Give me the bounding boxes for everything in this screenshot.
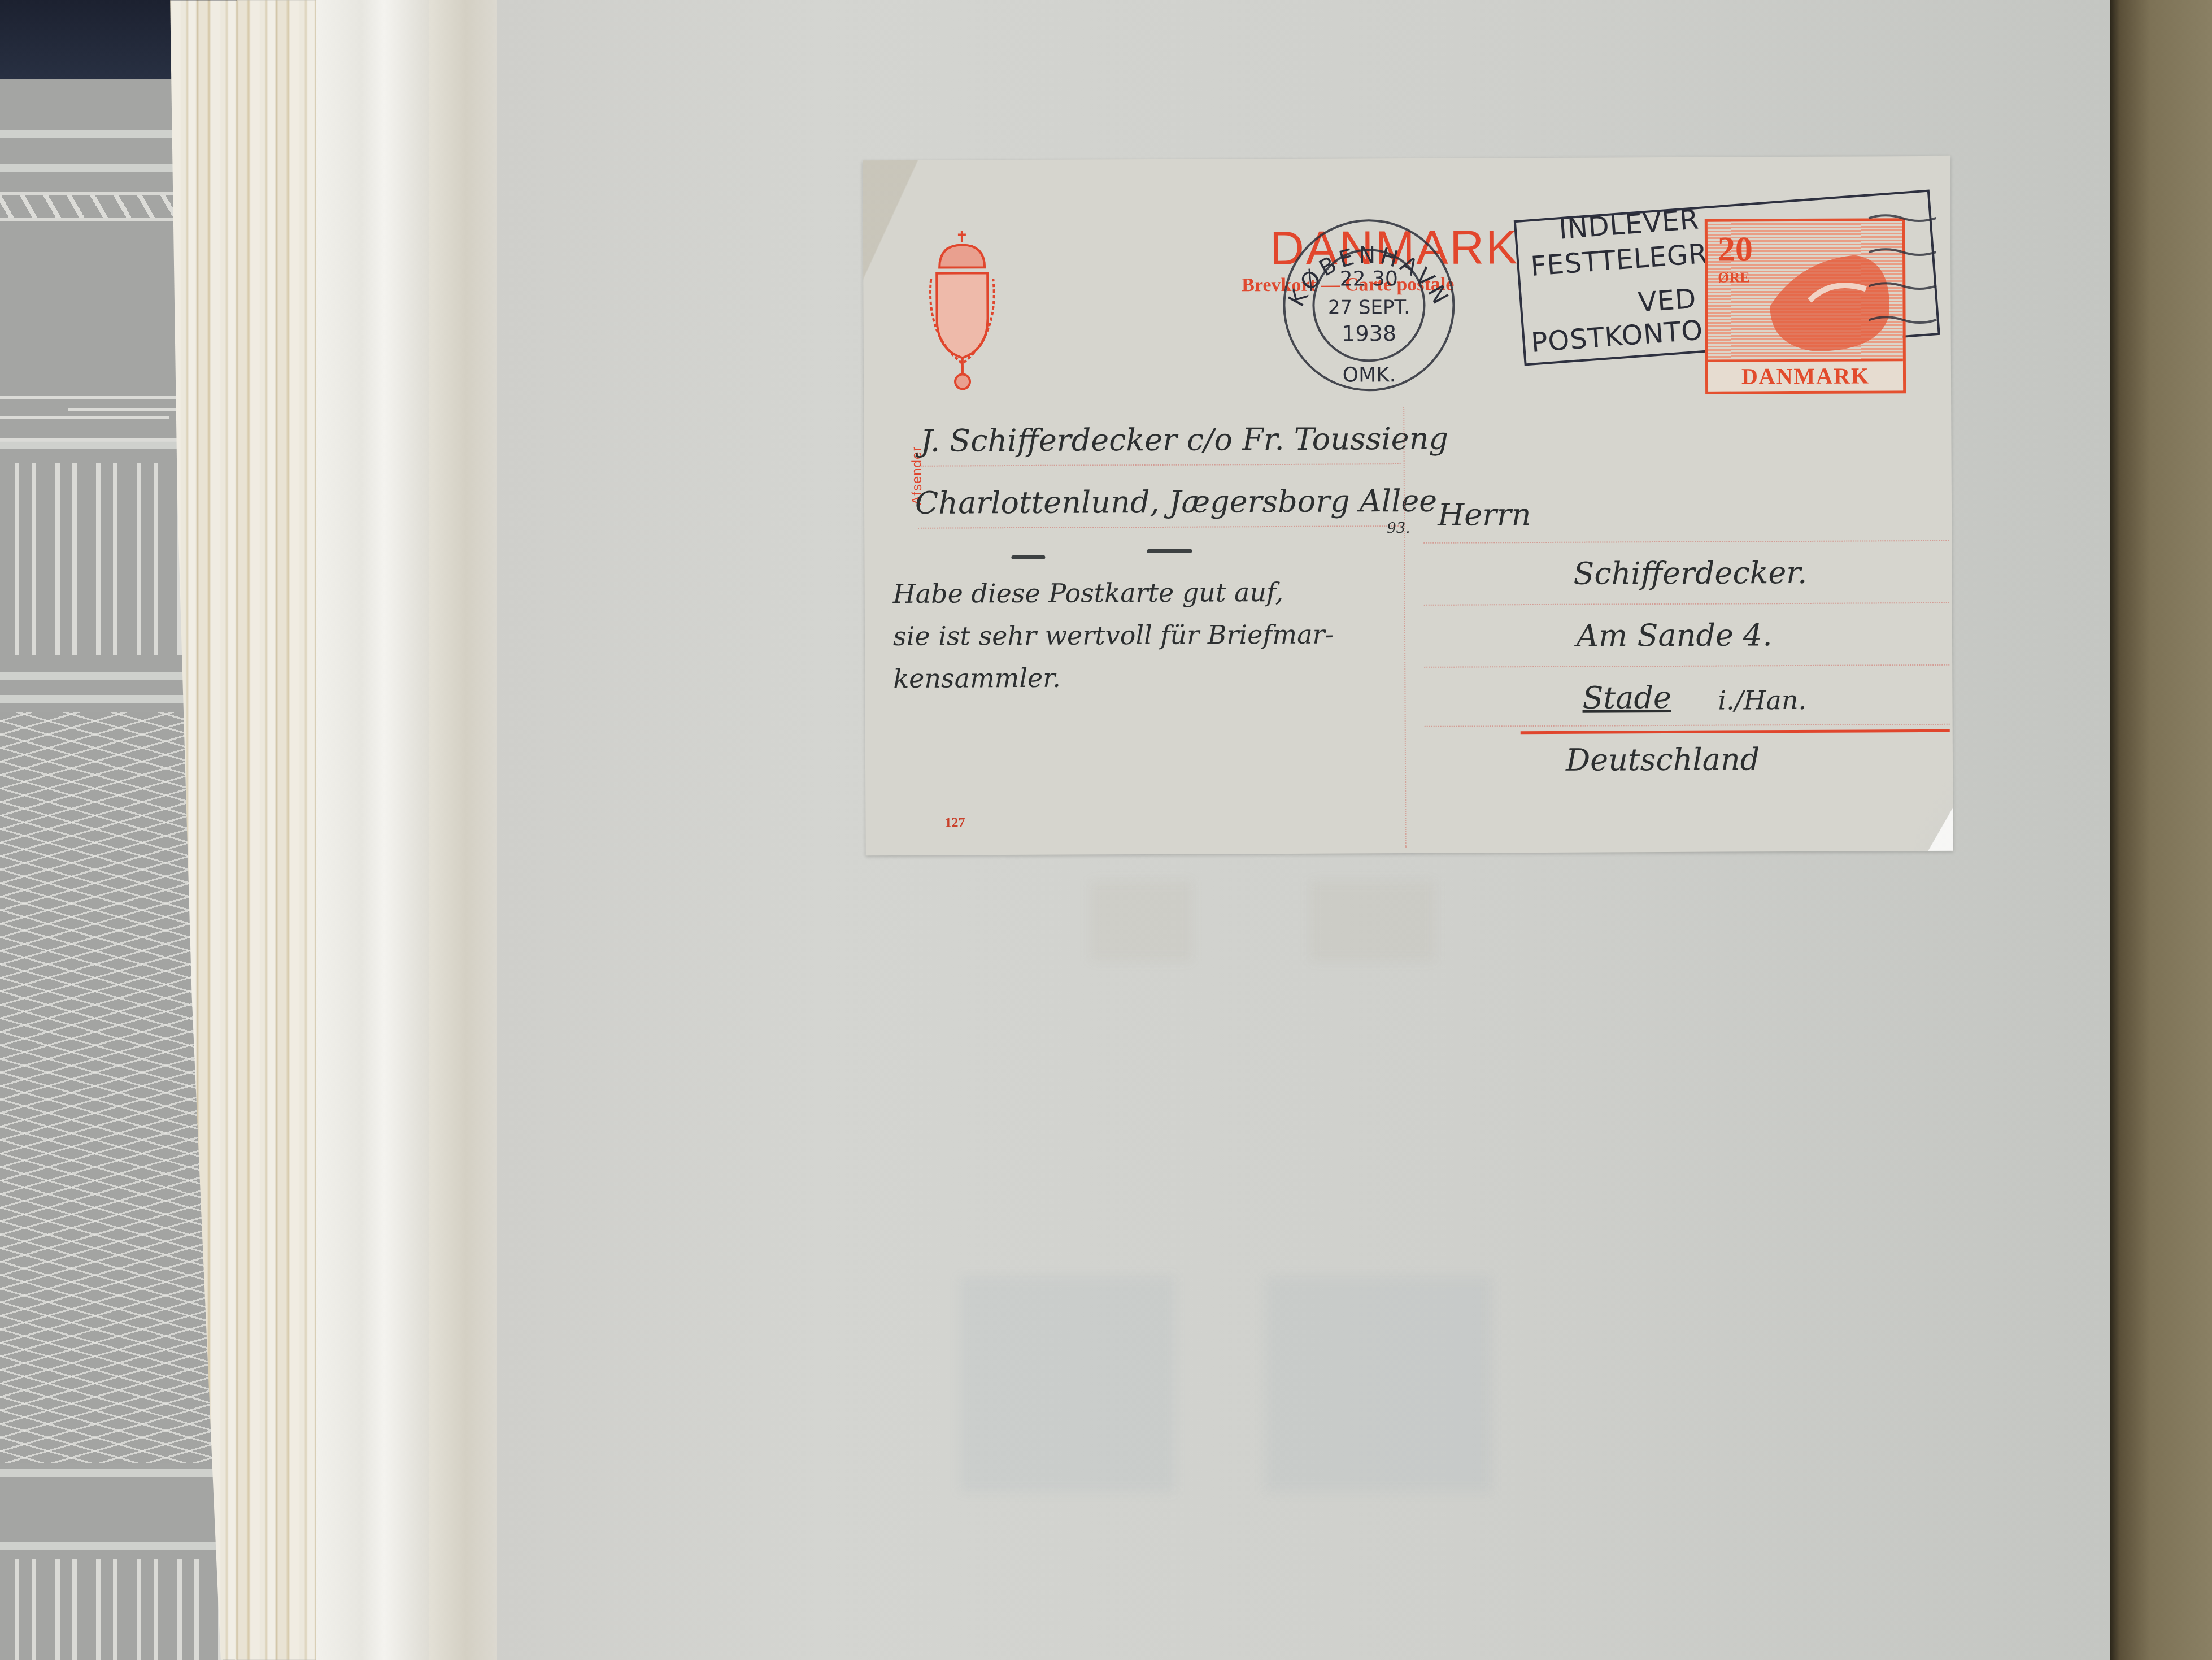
album-gutter: [429, 0, 503, 1660]
sender-address: Charlottenlund, Jægersborg Allee: [915, 483, 1438, 521]
address-line: [1424, 602, 1949, 606]
stamp-country: DANMARK: [1708, 359, 1903, 392]
pattern-rule: [0, 1542, 237, 1550]
recipient-street: Am Sande 4.: [1577, 617, 1773, 654]
sender-house-number: 93.: [1387, 520, 1410, 537]
postmark-date: 27 SEPT.: [1328, 296, 1410, 319]
recipient-salutation: Herrn: [1438, 497, 1531, 533]
sender-name: J. Schifferdecker c/o Fr. Toussieng: [920, 421, 1448, 459]
page-ghost-mark: [1310, 881, 1435, 961]
page-ghost-mark: [960, 1277, 1175, 1492]
separator-dash: [1147, 549, 1192, 553]
pattern-columns: [0, 1559, 237, 1660]
postmark-office: OMK.: [1343, 363, 1396, 386]
recipient-country: Deutschland: [1566, 741, 1760, 777]
message-line: kensammler.: [893, 663, 1061, 694]
recipient-city: Stade: [1582, 680, 1671, 716]
slogan-line: VED: [1637, 283, 1697, 319]
postcard: DANMARK Brevkort — Carte postale KØBENHA…: [863, 156, 1953, 855]
photo-corner-mount: [1913, 777, 1953, 851]
danish-royal-coat-of-arms-icon: [925, 228, 999, 392]
address-line: [1423, 540, 1949, 544]
address-line: [1425, 724, 1950, 727]
postmark-time: 22 30: [1340, 267, 1398, 290]
recipient-region: i./Han.: [1718, 685, 1806, 716]
page-ghost-mark: [1265, 1277, 1491, 1492]
separator-dash: [1011, 555, 1045, 559]
address-red-rule: [1521, 729, 1950, 734]
message-line: Habe diese Postkarte gut auf,: [893, 577, 1284, 609]
photo-corner-mount: [863, 160, 931, 308]
card-serial-number: 127: [944, 815, 965, 831]
cancel-wavy-lines: [1869, 207, 1937, 349]
recipient-name: Schifferdecker.: [1573, 555, 1807, 592]
postmark-year: 1938: [1342, 321, 1396, 346]
circular-postmark: KØBENHAVN 22 30 27 SEPT. 1938 OMK.: [1275, 212, 1462, 399]
stamp-value: 20: [1718, 229, 1753, 270]
pattern-rule: [0, 1469, 237, 1477]
address-line: [1424, 664, 1949, 668]
sender-line: [918, 525, 1401, 529]
stamp-unit: ØRE: [1718, 269, 1749, 286]
address-divider: [1403, 407, 1406, 848]
message-line: sie ist sehr wertvoll für Briefmar-: [893, 619, 1334, 651]
page-edge-white: [316, 0, 429, 1660]
sender-line: [918, 463, 1401, 467]
album-cover-edge: [2110, 0, 2212, 1660]
page-ghost-mark: [1090, 881, 1192, 961]
